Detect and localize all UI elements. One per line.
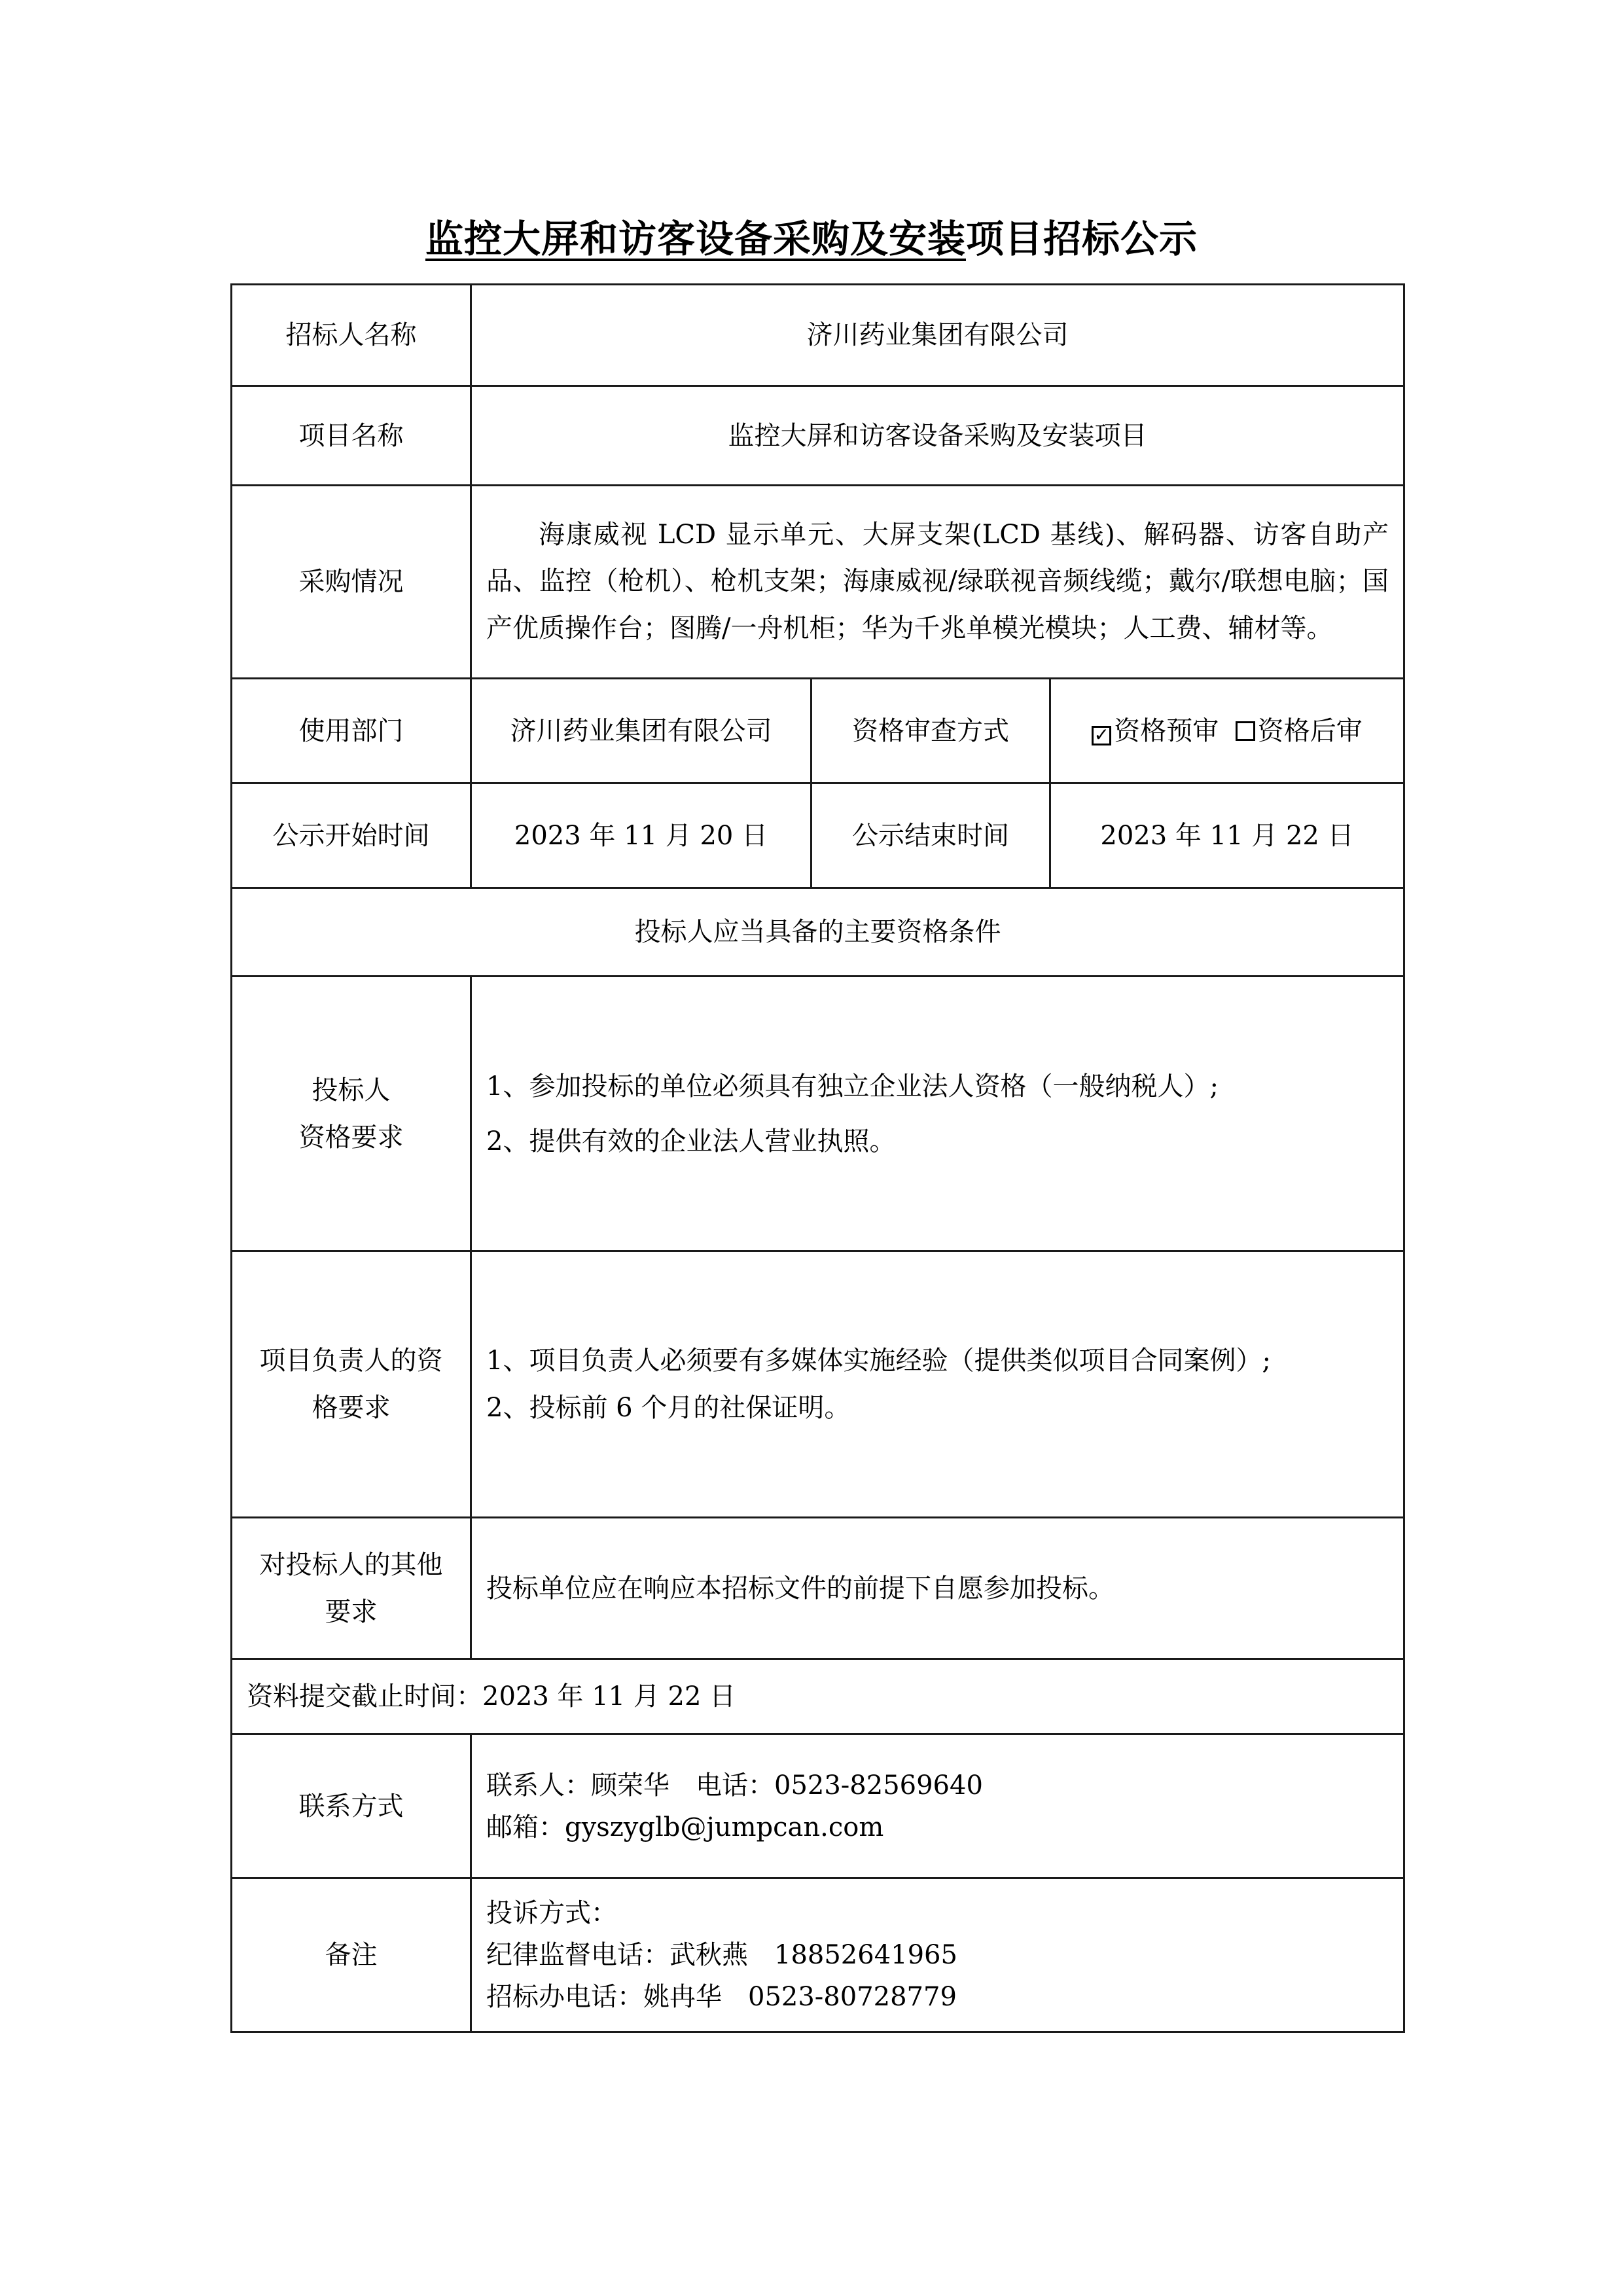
option-prequalification-label: 资格预审 — [1114, 716, 1219, 746]
row-manager-requirements: 项目负责人的资格要求 1、项目负责人必须要有多媒体实施经验（提供类似项目合同案例… — [232, 1251, 1404, 1518]
row-deadline: 资料提交截止时间：2023 年 11 月 22 日 — [232, 1659, 1404, 1734]
procurement-value: 海康威视 LCD 显示单元、大屏支架(LCD 基线)、解码器、访客自助产品、监控… — [486, 512, 1389, 652]
option-postqualification[interactable]: 资格后审 — [1236, 716, 1363, 746]
complaint-heading: 投诉方式： — [486, 1892, 1389, 1934]
manager-requirements-value: 1、项目负责人必须要有多媒体实施经验（提供类似项目合同案例）; 2、投标前 6 … — [471, 1251, 1404, 1518]
title-underlined-part: 监控大屏和访客设备采购及安装 — [425, 217, 966, 261]
bidder-requirements-label-line2: 资格要求 — [247, 1114, 455, 1161]
procurement-cell: 海康威视 LCD 显示单元、大屏支架(LCD 基线)、解码器、访客自助产品、监控… — [471, 486, 1404, 679]
project-name-label: 项目名称 — [232, 386, 471, 486]
row-qualification-header: 投标人应当具备的主要资格条件 — [232, 888, 1404, 977]
start-date-value: 2023 年 11 月 20 日 — [471, 783, 811, 888]
qualification-header: 投标人应当具备的主要资格条件 — [232, 888, 1404, 977]
manager-requirement-item: 1、项目负责人必须要有多媒体实施经验（提供类似项目合同案例）; — [486, 1337, 1389, 1384]
row-project-name: 项目名称 监控大屏和访客设备采购及安装项目 — [232, 386, 1404, 486]
checkbox-checked-icon[interactable]: ✓ — [1092, 726, 1111, 745]
bidder-requirements-label: 投标人 资格要求 — [232, 977, 471, 1251]
start-date-label: 公示开始时间 — [232, 783, 471, 888]
procurement-label: 采购情况 — [232, 486, 471, 679]
remarks-value: 投诉方式： 纪律监督电话：武秋燕 18852641965 招标办电话：姚冉华 0… — [471, 1878, 1404, 2032]
row-tenderer-name: 招标人名称 济川药业集团有限公司 — [232, 285, 1404, 386]
row-department: 使用部门 济川药业集团有限公司 资格审查方式 ✓资格预审 资格后审 — [232, 679, 1404, 783]
discipline-phone: 纪律监督电话：武秋燕 18852641965 — [486, 1934, 1389, 1976]
tender-notice-table: 招标人名称 济川药业集团有限公司 项目名称 监控大屏和访客设备采购及安装项目 采… — [230, 283, 1405, 2033]
tenderer-name-value: 济川药业集团有限公司 — [471, 285, 1404, 386]
other-requirements-label: 对投标人的其他要求 — [232, 1518, 471, 1659]
row-dates: 公示开始时间 2023 年 11 月 20 日 公示结束时间 2023 年 11… — [232, 783, 1404, 888]
contact-value: 联系人：顾荣华 电话：0523-82569640 邮箱：gyszyglb@jum… — [471, 1734, 1404, 1878]
tenderer-name-label: 招标人名称 — [232, 285, 471, 386]
department-value: 济川药业集团有限公司 — [471, 679, 811, 783]
row-procurement: 采购情况 海康威视 LCD 显示单元、大屏支架(LCD 基线)、解码器、访客自助… — [232, 486, 1404, 679]
page-title: 监控大屏和访客设备采购及安装项目招标公示 — [0, 208, 1623, 263]
checkbox-unchecked-icon[interactable] — [1236, 721, 1255, 741]
end-date-value: 2023 年 11 月 22 日 — [1050, 783, 1404, 888]
contact-email[interactable]: 邮箱：gyszyglb@jumpcan.com — [486, 1806, 1389, 1848]
review-method-options: ✓资格预审 资格后审 — [1050, 679, 1404, 783]
submission-deadline: 资料提交截止时间：2023 年 11 月 22 日 — [232, 1659, 1404, 1734]
other-requirements-value: 投标单位应在响应本招标文件的前提下自愿参加投标。 — [471, 1518, 1404, 1659]
row-other-requirements: 对投标人的其他要求 投标单位应在响应本招标文件的前提下自愿参加投标。 — [232, 1518, 1404, 1659]
row-contact: 联系方式 联系人：顾荣华 电话：0523-82569640 邮箱：gyszygl… — [232, 1734, 1404, 1878]
row-bidder-requirements: 投标人 资格要求 1、参加投标的单位必须具有独立企业法人资格（一般纳税人）; 2… — [232, 977, 1404, 1251]
title-rest-part: 项目招标公示 — [966, 217, 1198, 261]
contact-label: 联系方式 — [232, 1734, 471, 1878]
option-postqualification-label: 资格后审 — [1258, 716, 1363, 746]
bidder-requirement-item: 1、参加投标的单位必须具有独立企业法人资格（一般纳税人）; — [486, 1059, 1389, 1114]
bidder-requirement-item: 2、提供有效的企业法人营业执照。 — [486, 1114, 1389, 1169]
row-remarks: 备注 投诉方式： 纪律监督电话：武秋燕 18852641965 招标办电话：姚冉… — [232, 1878, 1404, 2032]
department-label: 使用部门 — [232, 679, 471, 783]
bidder-requirements-label-line1: 投标人 — [247, 1067, 455, 1114]
remarks-label: 备注 — [232, 1878, 471, 2032]
project-name-value: 监控大屏和访客设备采购及安装项目 — [471, 386, 1404, 486]
contact-person-phone: 联系人：顾荣华 电话：0523-82569640 — [486, 1765, 1389, 1806]
manager-requirement-item: 2、投标前 6 个月的社保证明。 — [486, 1384, 1389, 1431]
end-date-label: 公示结束时间 — [811, 783, 1050, 888]
manager-requirements-label: 项目负责人的资格要求 — [232, 1251, 471, 1518]
bidder-requirements-value: 1、参加投标的单位必须具有独立企业法人资格（一般纳税人）; 2、提供有效的企业法… — [471, 977, 1404, 1251]
option-prequalification[interactable]: ✓资格预审 — [1092, 716, 1219, 746]
tender-office-phone: 招标办电话：姚冉华 0523-80728779 — [486, 1976, 1389, 2018]
review-method-label: 资格审查方式 — [811, 679, 1050, 783]
